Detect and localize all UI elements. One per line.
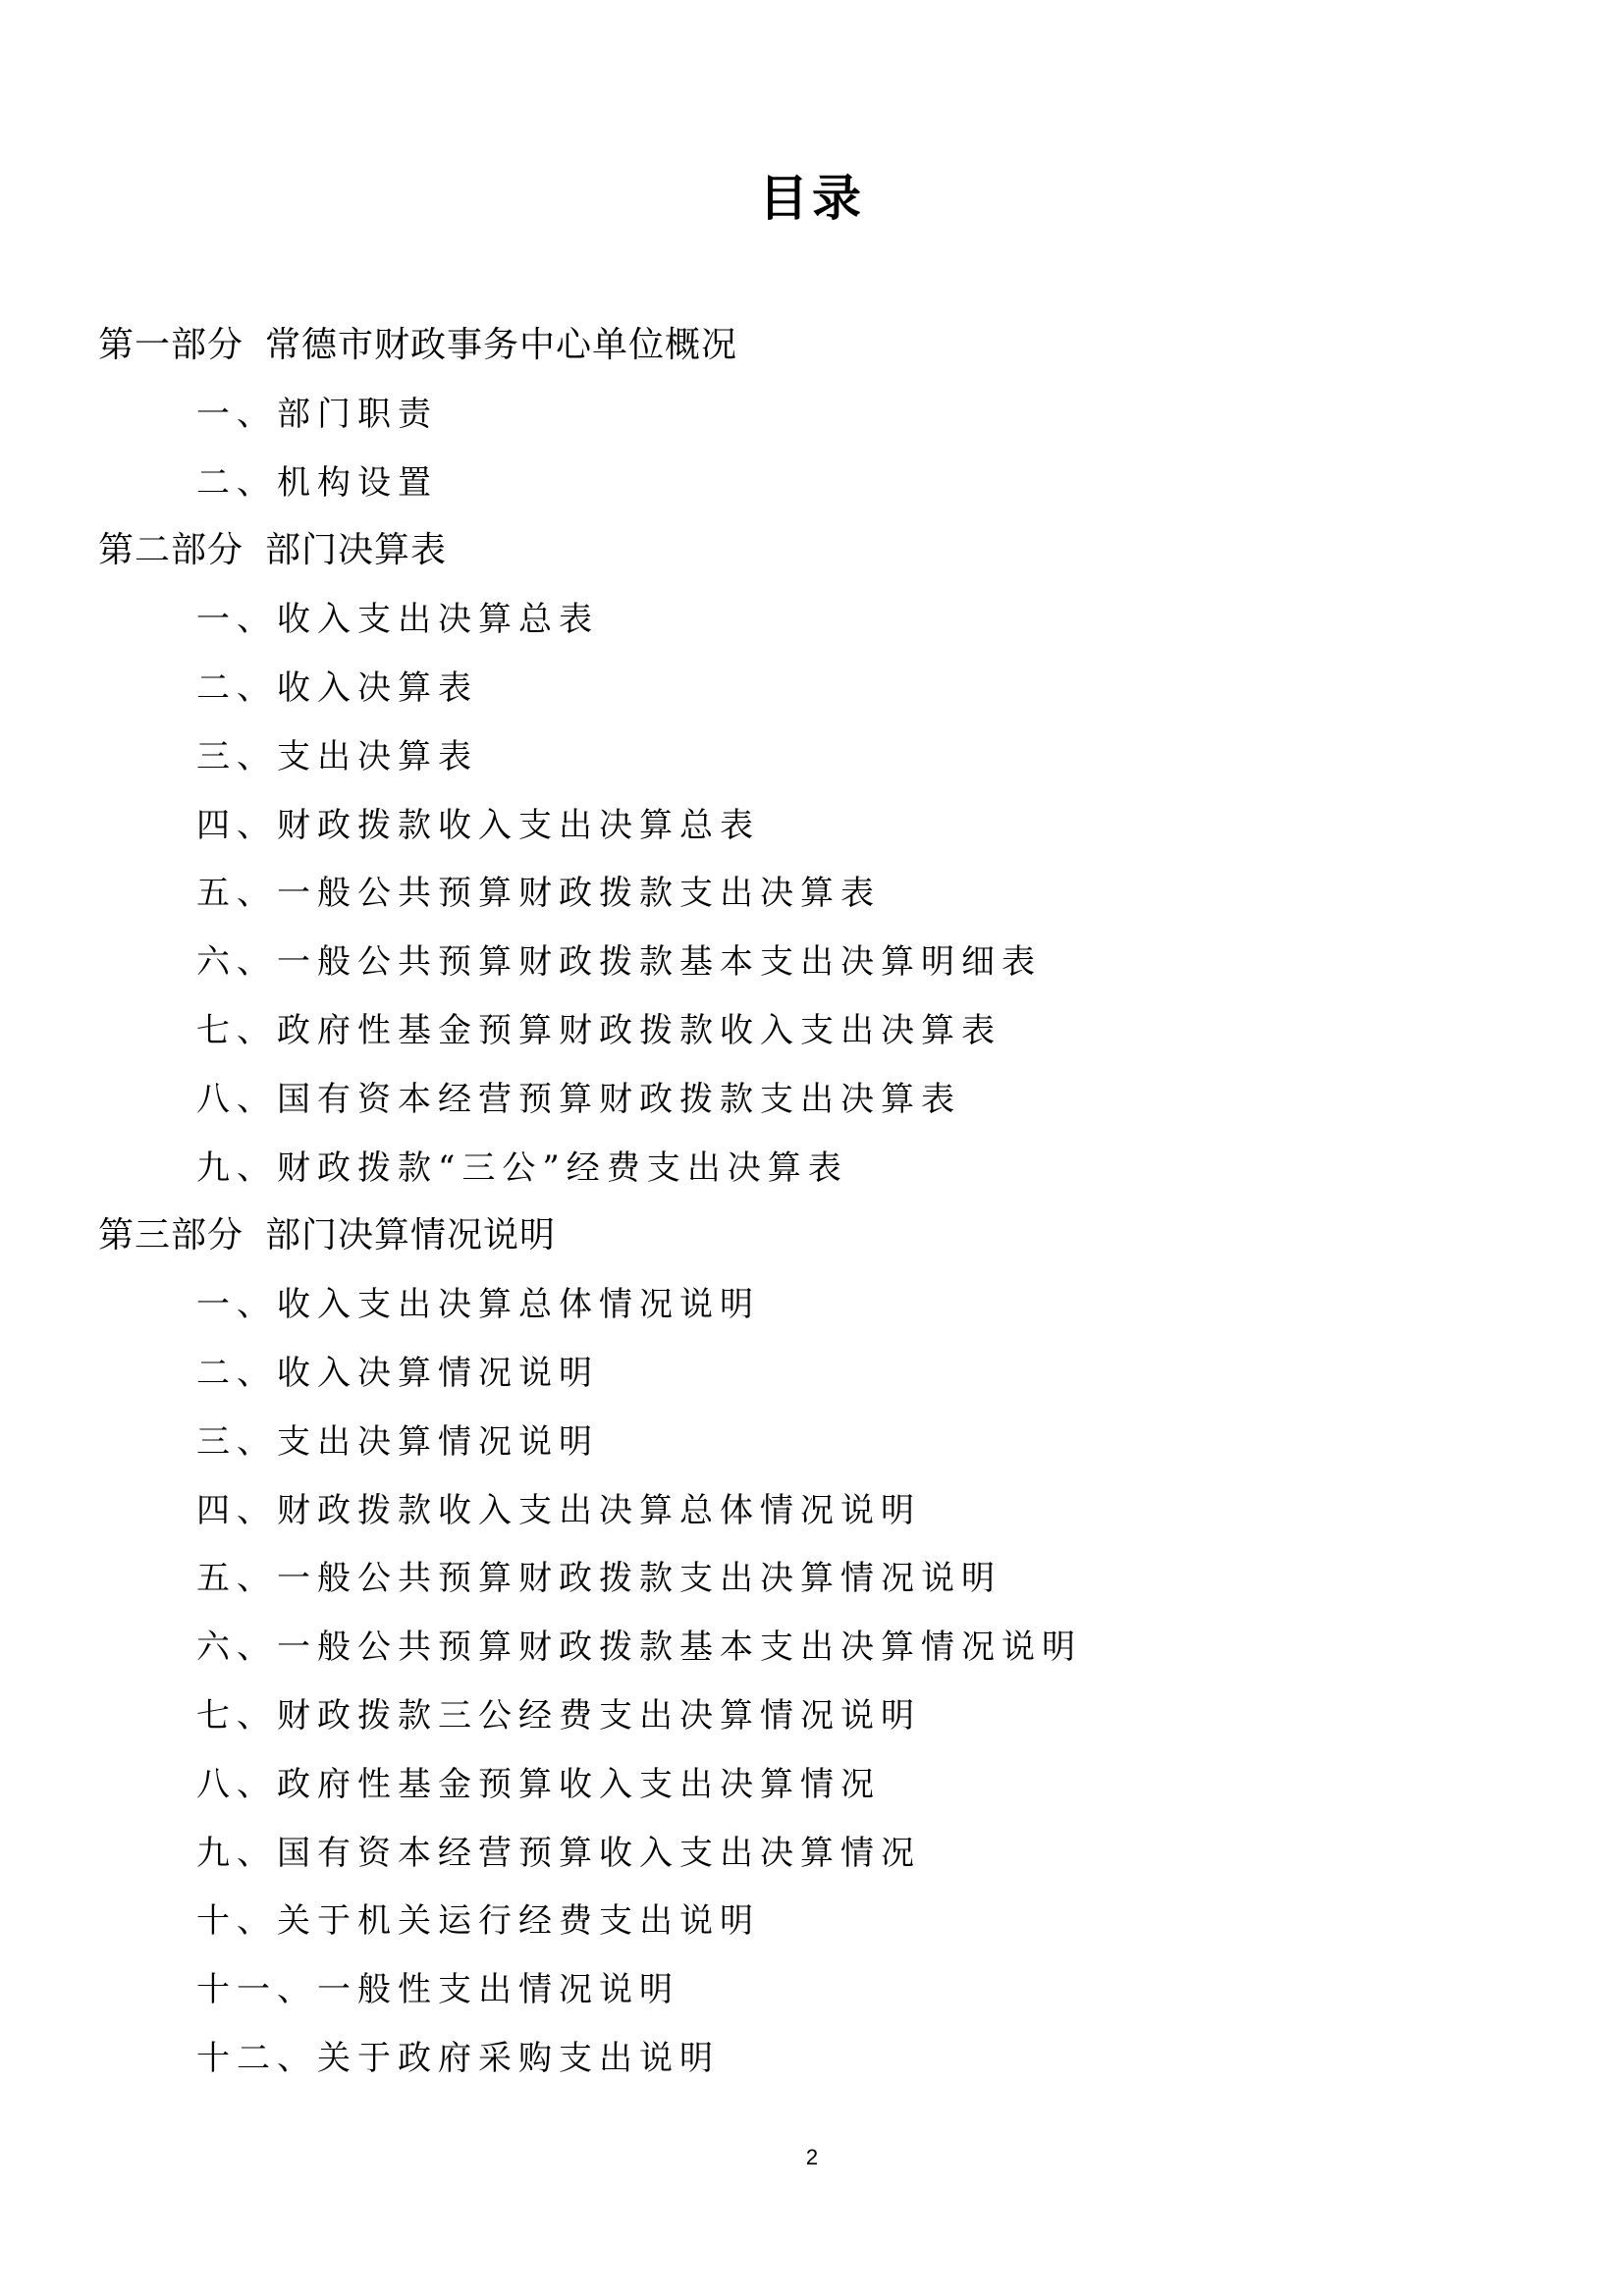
toc-item[interactable]: 五、一般公共预算财政拨款支出决算情况说明 bbox=[0, 1549, 1624, 1618]
toc-part-3[interactable]: 第三部分部门决算情况说明 bbox=[0, 1206, 1624, 1275]
toc-item[interactable]: 三、支出决算情况说明 bbox=[0, 1413, 1624, 1481]
toc-item[interactable]: 四、财政拨款收入支出决算总体情况说明 bbox=[0, 1481, 1624, 1550]
toc-item[interactable]: 八、政府性基金预算收入支出决算情况 bbox=[0, 1755, 1624, 1824]
toc-part-title: 部门决算表 bbox=[265, 530, 447, 570]
toc-item[interactable]: 六、一般公共预算财政拨款基本支出决算情况说明 bbox=[0, 1618, 1624, 1686]
toc-item[interactable]: 十、关于机关运行经费支出说明 bbox=[0, 1892, 1624, 1960]
toc-part-2[interactable]: 第二部分部门决算表 bbox=[0, 521, 1624, 590]
toc-item[interactable]: 十一、一般性支出情况说明 bbox=[0, 1960, 1624, 2029]
table-of-contents: 第一部分常德市财政事务中心单位概况 一、部门职责 二、机构设置 第二部分部门决算… bbox=[0, 316, 1624, 2098]
toc-item[interactable]: 二、收入决算表 bbox=[0, 659, 1624, 727]
toc-part-label: 第一部分 bbox=[98, 325, 244, 365]
toc-item[interactable]: 七、政府性基金预算财政拨款收入支出决算表 bbox=[0, 1001, 1624, 1070]
toc-item[interactable]: 九、财政拨款“三公”经费支出决算表 bbox=[0, 1139, 1624, 1207]
toc-item[interactable]: 四、财政拨款收入支出决算总表 bbox=[0, 796, 1624, 865]
toc-item[interactable]: 十二、关于政府采购支出说明 bbox=[0, 2029, 1624, 2098]
page-title: 目录 bbox=[0, 169, 1624, 228]
toc-part-label: 第三部分 bbox=[98, 1215, 244, 1255]
toc-part-1[interactable]: 第一部分常德市财政事务中心单位概况 bbox=[0, 316, 1624, 385]
toc-part-label: 第二部分 bbox=[98, 530, 244, 570]
toc-item[interactable]: 二、机构设置 bbox=[0, 454, 1624, 522]
toc-item[interactable]: 一、收入支出决算总表 bbox=[0, 590, 1624, 659]
toc-item[interactable]: 六、一般公共预算财政拨款基本支出决算明细表 bbox=[0, 933, 1624, 1001]
toc-item[interactable]: 五、一般公共预算财政拨款支出决算表 bbox=[0, 864, 1624, 933]
toc-part-title: 部门决算情况说明 bbox=[265, 1215, 556, 1255]
toc-item[interactable]: 八、国有资本经营预算财政拨款支出决算表 bbox=[0, 1070, 1624, 1139]
toc-item[interactable]: 三、支出决算表 bbox=[0, 727, 1624, 796]
page-number: 2 bbox=[0, 2145, 1624, 2170]
toc-item[interactable]: 二、收入决算情况说明 bbox=[0, 1344, 1624, 1413]
toc-item[interactable]: 九、国有资本经营预算收入支出决算情况 bbox=[0, 1824, 1624, 1893]
toc-item[interactable]: 一、部门职责 bbox=[0, 385, 1624, 454]
toc-item[interactable]: 一、收入支出决算总体情况说明 bbox=[0, 1275, 1624, 1344]
toc-part-title: 常德市财政事务中心单位概况 bbox=[265, 325, 737, 365]
toc-item[interactable]: 七、财政拨款三公经费支出决算情况说明 bbox=[0, 1686, 1624, 1755]
